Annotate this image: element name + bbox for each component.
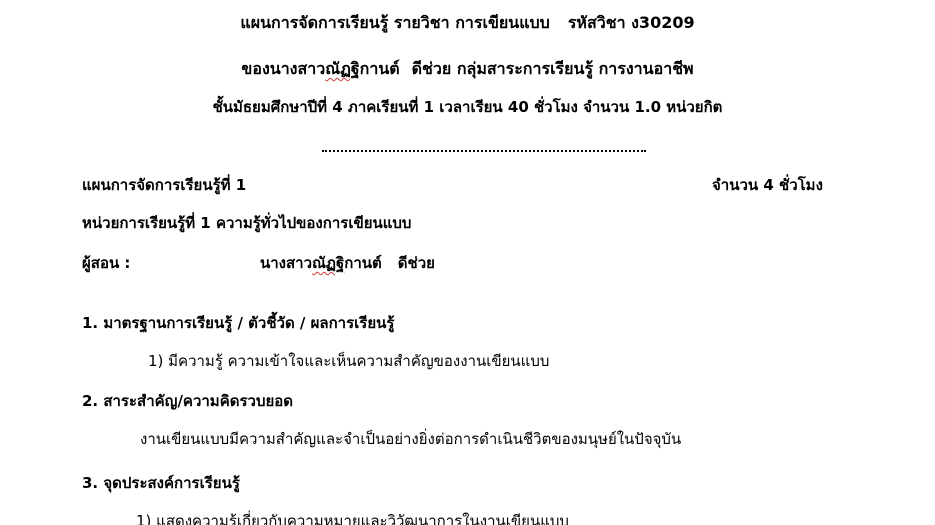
instructor-surname: ดีช่วย	[398, 254, 435, 272]
plan-number: แผนการจัดการเรียนรู้ที่ 1	[82, 174, 246, 196]
instructor-prefix: นางสาว	[260, 254, 312, 272]
dotted-separator	[322, 148, 646, 152]
plan-title: แผนการจัดการเรียนรู้ รายวิชา การเขียนแบบ	[240, 13, 549, 32]
instructor-name: นางสาวณัฏฐิกานต์ดีช่วย	[260, 252, 435, 274]
teacher-name-rest: กานต์	[360, 59, 400, 78]
document-page: แผนการจัดการเรียนรู้ รายวิชา การเขียนแบบ…	[0, 0, 935, 525]
section-3-item-1: 1) แสดงความรู้เกี่ยวกับความหมายและวิวัฒน…	[136, 510, 569, 525]
section-1-item-1: 1) มีความรู้ ความเข้าใจและเห็นความสำคัญข…	[148, 350, 549, 372]
section-2-heading: 2. สาระสำคัญ/ความคิดรวบยอด	[82, 390, 293, 412]
teacher-group-line: ของนางสาวณัฏฐิกานต์ดีช่วย กลุ่มสาระการเร…	[0, 58, 935, 80]
grade-term-line: ชั้นมัธยมศึกษาปีที่ 4 ภาคเรียนที่ 1 เวลา…	[0, 96, 935, 118]
learning-unit: หน่วยการเรียนรู้ที่ 1 ความรู้ทั่วไปของกา…	[82, 212, 411, 234]
spellcheck-flagged-instructor-name[interactable]: ณัฏฐิ	[312, 254, 344, 272]
instructor-label: ผู้สอน :	[82, 252, 130, 274]
section-3-heading: 3. จุดประสงค์การเรียนรู้	[82, 472, 240, 494]
teacher-prefix: ของนางสาว	[241, 59, 325, 78]
document-title: แผนการจัดการเรียนรู้ รายวิชา การเขียนแบบ…	[0, 12, 935, 34]
surname-and-group: ดีช่วย กลุ่มสาระการเรียนรู้ การงานอาชีพ	[412, 59, 694, 78]
spellcheck-flagged-name[interactable]: ณัฏฐิ	[325, 59, 359, 78]
section-1-heading: 1. มาตรฐานการเรียนรู้ / ตัวชี้วัด / ผลกา…	[82, 312, 394, 334]
instructor-name-rest: กานต์	[344, 254, 382, 272]
course-code: รหัสวิชา ง30209	[568, 13, 695, 32]
section-2-item-1: งานเขียนแบบมีความสำคัญและจำเป็นอย่างยิ่ง…	[140, 428, 681, 450]
plan-hours: จำนวน 4 ชั่วโมง	[712, 174, 823, 196]
